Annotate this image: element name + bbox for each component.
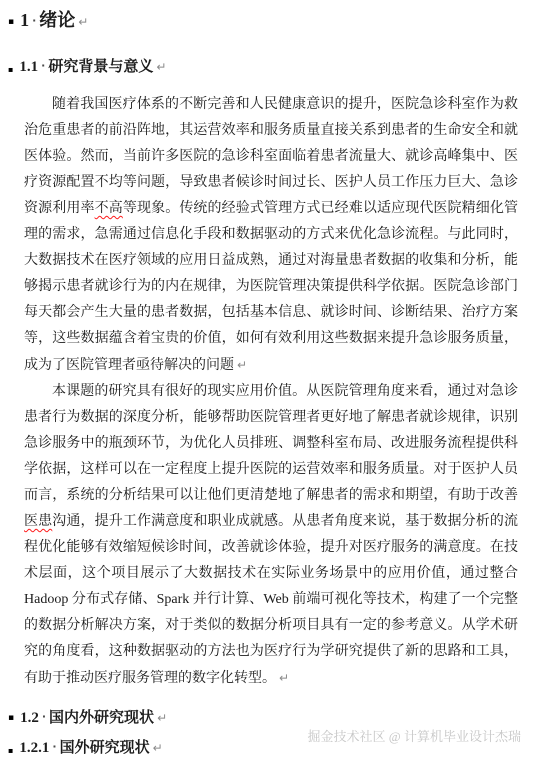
outline-square-icon: ▪: [8, 708, 14, 728]
paragraph-mark-icon: ↵: [279, 671, 289, 685]
heading-title: 国内外研究现状: [49, 710, 154, 726]
heading-number: 1: [20, 10, 29, 30]
paragraph-background: 随着我国医疗体系的不断完善和人民健康意识的提升，医院急诊科室作为救治危重患者的前…: [24, 92, 518, 379]
space-format-mark: ·: [38, 59, 48, 72]
paragraph-mark-icon: ↵: [157, 711, 167, 725]
heading-title: 研究背景与意义: [48, 59, 153, 75]
watermark: 掘金技术社区 @ 计算机毕业设计杰瑞: [308, 726, 521, 745]
heading-number: 1.2: [20, 710, 39, 726]
paragraph-mark-icon: ↵: [78, 15, 88, 29]
paragraph-text: 随着我国医疗体系的不断完善和人民健康意识的提升，医院急诊科室作为救治危重患者的前…: [24, 97, 518, 216]
spellcheck-flagged-text: 不高: [95, 201, 123, 216]
heading-title: 国外研究现状: [60, 740, 150, 756]
paragraph-text: 沟通，提升工作满意度和职业成就感。从患者角度来说，基于数据分析的流程优化能够有效…: [24, 514, 518, 686]
heading-section-1-2: ▪1.2·国内外研究现状↵: [8, 707, 518, 728]
heading-section-1-1: ▪1.1·研究背景与意义↵: [8, 56, 518, 80]
space-format-mark: ·: [29, 14, 39, 27]
paragraph-text: 等现象。传统的经验式管理方式已经难以适应现代医院精细化管理的需求，急需通过信息化…: [24, 201, 518, 373]
spellcheck-flagged-text: 医患: [24, 514, 52, 529]
heading-number: 1.2.1: [19, 740, 49, 756]
paragraph-text: 本课题的研究具有很好的现实应用价值。从医院管理角度来看，通过对急诊患者行为数据的…: [24, 384, 518, 503]
paragraph-significance: 本课题的研究具有很好的现实应用价值。从医院管理角度来看，通过对急诊患者行为数据的…: [24, 379, 518, 692]
heading-title: 绪论: [39, 10, 75, 30]
space-format-mark: ·: [39, 710, 49, 723]
heading-number: 1.1: [19, 59, 38, 75]
outline-square-icon: ▪: [8, 10, 14, 34]
paragraph-mark-icon: ↵: [237, 358, 247, 372]
heading-chapter-1: ▪1·绪论↵: [8, 8, 518, 34]
document-page: ▪1·绪论↵ ▪1.1·研究背景与意义↵ 随着我国医疗体系的不断完善和人民健康意…: [0, 0, 541, 761]
outline-square-icon: ▪: [8, 60, 13, 80]
space-format-mark: ·: [49, 740, 59, 753]
outline-square-icon: ▪: [8, 741, 13, 761]
paragraph-mark-icon: ↵: [156, 60, 166, 74]
paragraph-mark-icon: ↵: [153, 741, 163, 755]
